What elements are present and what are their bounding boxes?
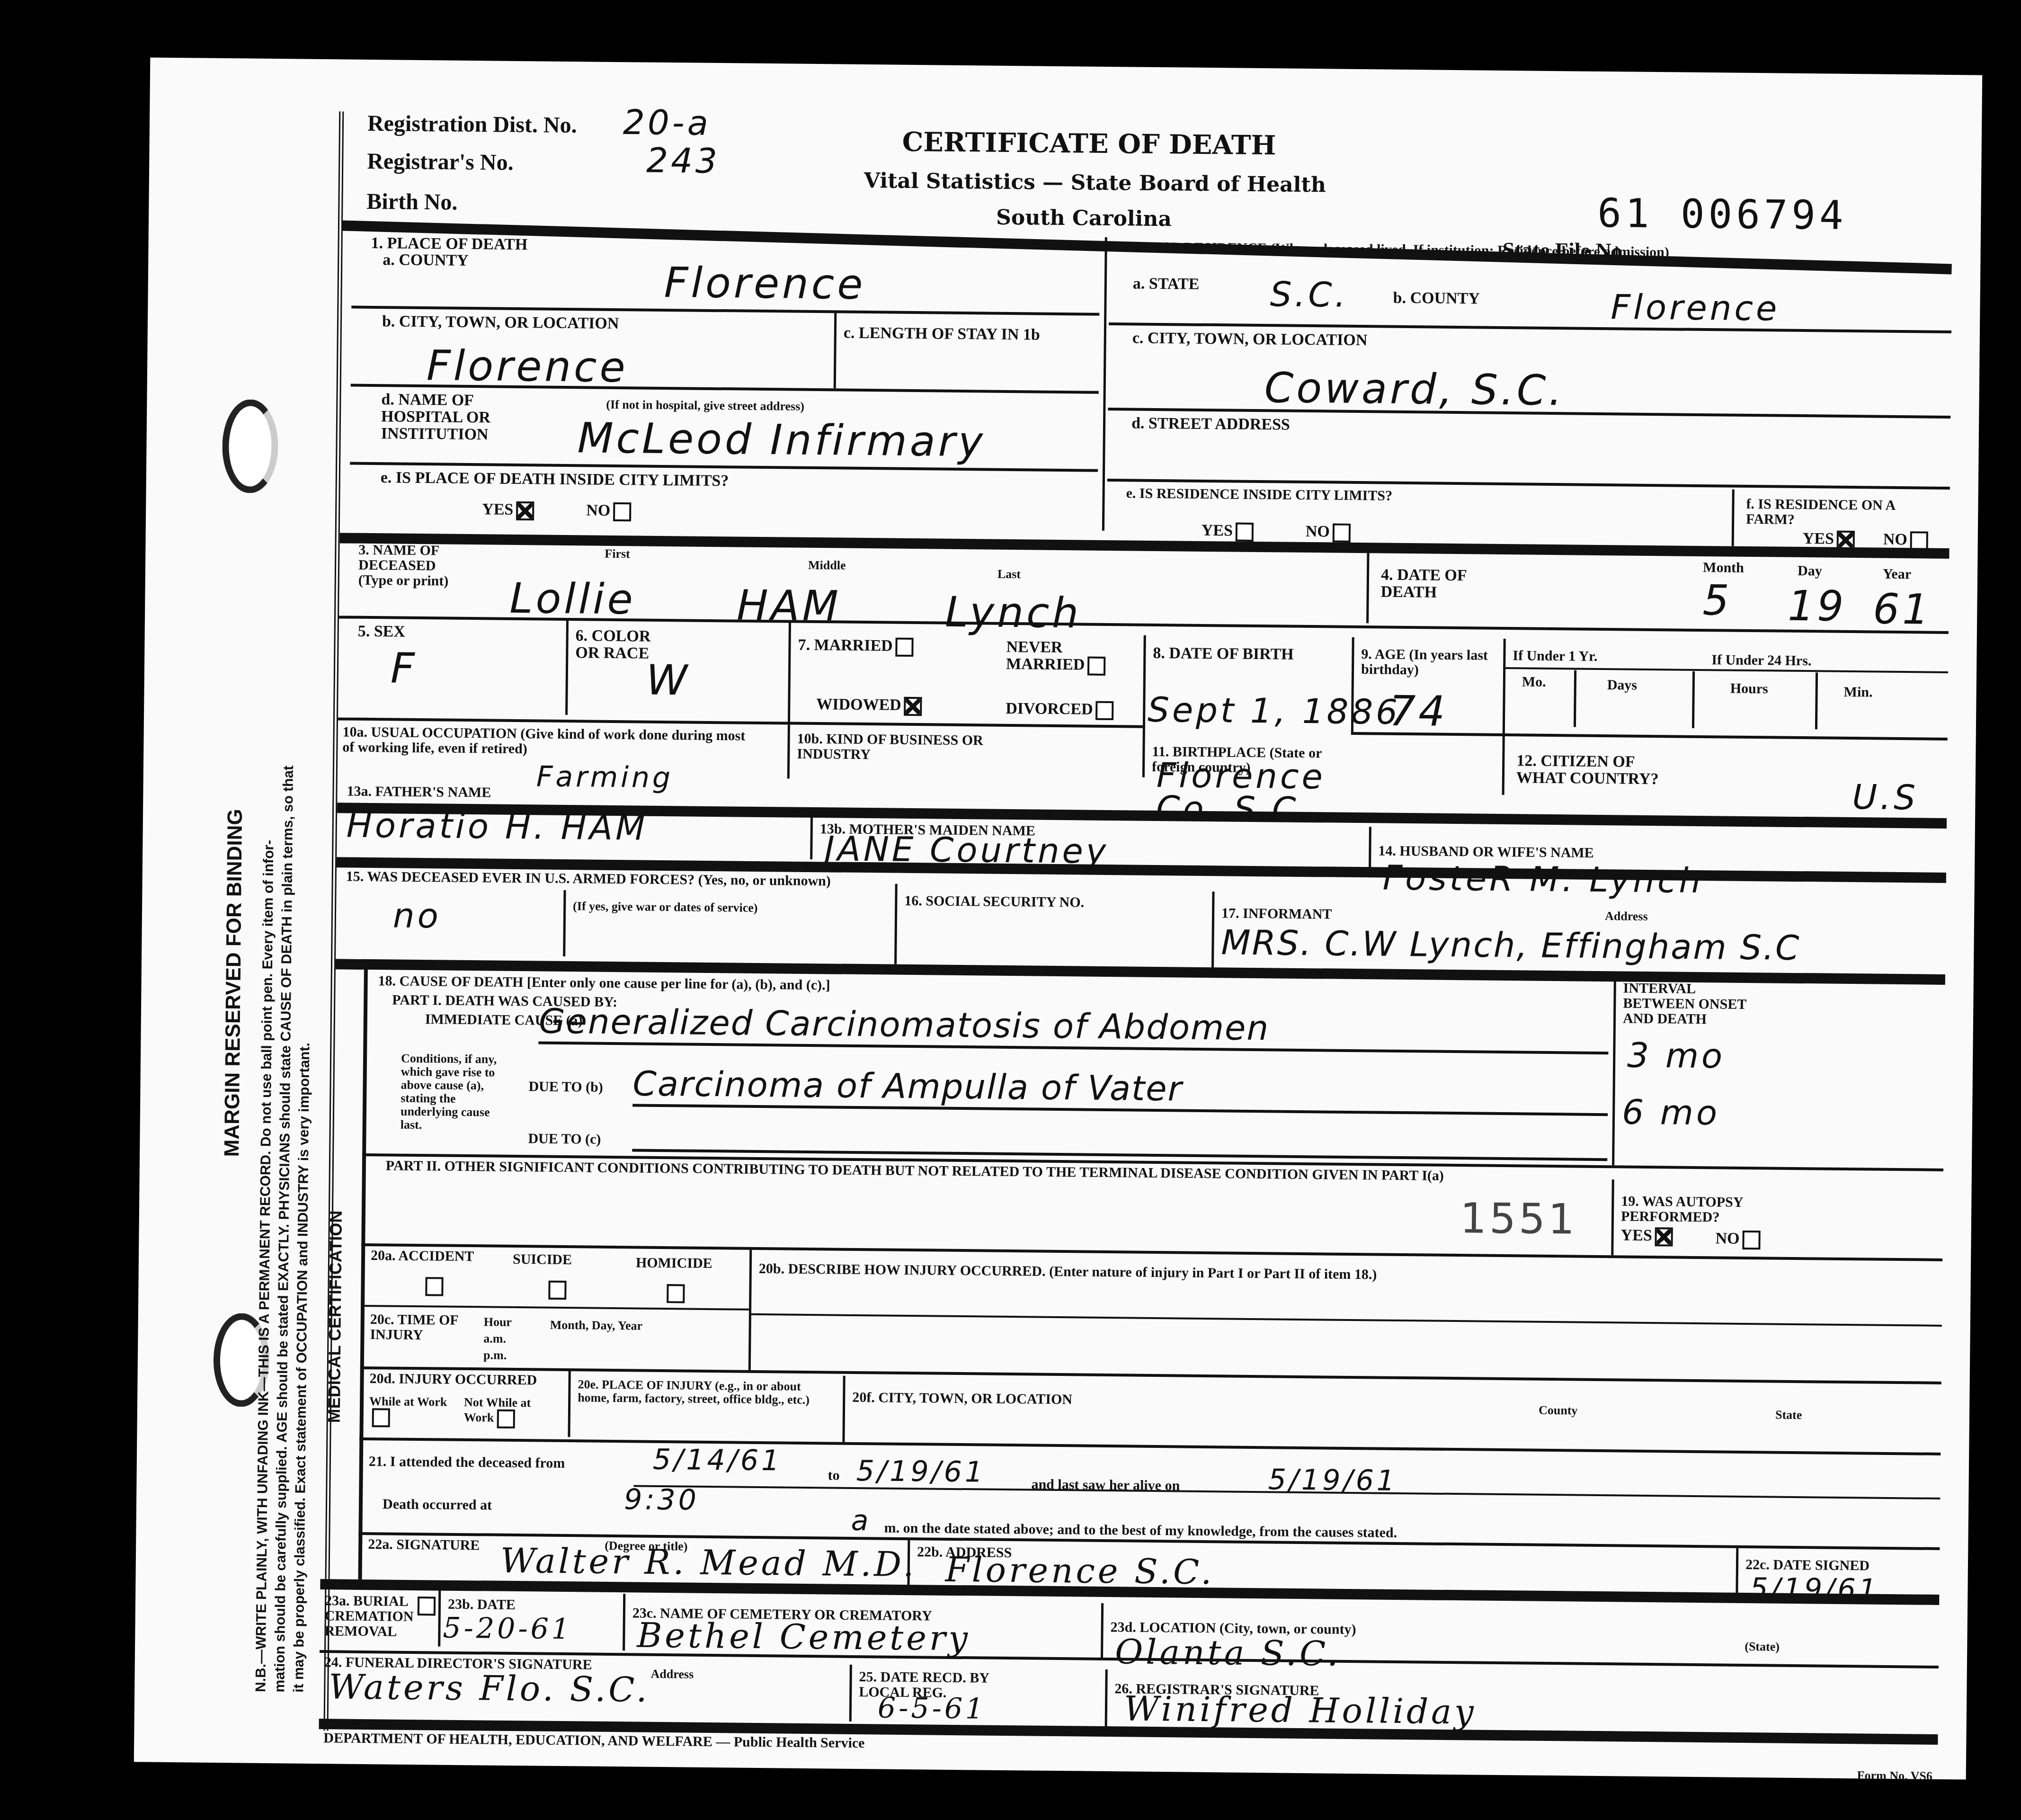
- divider: [1105, 1669, 1108, 1726]
- signature-label: 22a. SIGNATURE: [368, 1537, 480, 1553]
- no-checkbox[interactable]: [1333, 524, 1351, 543]
- binding-margin-label: MARGIN RESERVED FOR BINDING: [220, 809, 247, 1157]
- divider: [359, 1437, 1941, 1455]
- footer-department: DEPARTMENT OF HEALTH, EDUCATION, AND WEL…: [323, 1731, 864, 1751]
- res-inside-yes[interactable]: YES: [1202, 522, 1254, 542]
- divider: [1611, 1179, 1614, 1255]
- autopsy-yes[interactable]: YES: [1620, 1227, 1673, 1246]
- conditions-note: Conditions, if any, which gave rise to a…: [401, 1052, 510, 1133]
- deceased-name-label: 3. NAME OF DECEASED (Type or print): [358, 543, 463, 589]
- res-city-value: Coward, S.C.: [1264, 366, 1565, 412]
- pm-label: p.m.: [483, 1348, 507, 1362]
- dob-label: 8. DATE OF BIRTH: [1153, 645, 1294, 663]
- not-while-at-work-checkbox[interactable]: [497, 1410, 515, 1428]
- ssn-label: 16. SOCIAL SECURITY NO.: [904, 893, 1084, 910]
- divider: [361, 1305, 749, 1311]
- place-of-death-label: 1. PLACE OF DEATH: [371, 235, 527, 253]
- marital-widowed[interactable]: WIDOWED: [816, 696, 922, 716]
- city-label: b. CITY, TOWN, OR LOCATION: [382, 313, 619, 332]
- armed-forces-value: no: [393, 898, 441, 934]
- divider: [849, 1665, 852, 1722]
- divider: [1815, 672, 1818, 729]
- hour-label: Hour: [484, 1315, 512, 1329]
- accident-label: 20a. ACCIDENT: [371, 1248, 474, 1264]
- not-while-at-work[interactable]: Not While at Work: [464, 1396, 559, 1429]
- divorced-checkbox[interactable]: [1095, 701, 1113, 720]
- day-label: Day: [1798, 563, 1822, 579]
- injury-county-label: County: [1539, 1404, 1578, 1418]
- no-label: NO: [1306, 523, 1330, 540]
- suicide-label: SUICIDE: [513, 1252, 572, 1267]
- minutes-label: Min.: [1844, 685, 1873, 700]
- yes-checkbox-checked[interactable]: [516, 501, 534, 520]
- hospital-value: McLeod Infirmary: [577, 417, 986, 463]
- under-1yr-label: If Under 1 Yr.: [1513, 648, 1597, 664]
- divider: [787, 623, 791, 779]
- due-to-b-value: Carcinoma of Ampulla of Vater: [632, 1066, 1183, 1106]
- divider: [623, 1594, 625, 1650]
- divider: [1351, 732, 1948, 740]
- father-label: 13a. FATHER'S NAME: [347, 784, 491, 801]
- length-of-stay-label: c. LENGTH OF STAY IN 1b: [844, 325, 1042, 344]
- age-label: 9. AGE (In years last birthday): [1361, 647, 1489, 678]
- citizen-value: U.S: [1852, 779, 1918, 815]
- date-signed-label: 22c. DATE SIGNED: [1745, 1557, 1870, 1574]
- no-checkbox[interactable]: [613, 502, 631, 521]
- middle-name-label: Middle: [808, 559, 846, 572]
- no-checkbox[interactable]: [1742, 1231, 1760, 1249]
- suicide-checkbox[interactable]: [548, 1281, 566, 1300]
- death-occurred-label: Death occurred at: [383, 1497, 492, 1513]
- burial-date-label: 23b. DATE: [448, 1597, 516, 1613]
- divider: [1142, 635, 1146, 777]
- funeral-address-label: Address: [651, 1668, 694, 1681]
- business-label: 10b. KIND OF BUSINESS OR INDUSTRY: [797, 732, 996, 764]
- marital-married[interactable]: 7. MARRIED: [798, 637, 914, 657]
- form-number: Form No. VS6: [1857, 1769, 1932, 1783]
- death-month-value: 5: [1702, 579, 1732, 622]
- describe-injury-label: 20b. DESCRIBE HOW INJURY OCCURRED. (Ente…: [759, 1261, 1377, 1283]
- punch-hole-top: [222, 399, 279, 493]
- marital-divorced[interactable]: DIVORCED: [1006, 700, 1114, 720]
- county-label: a. COUNTY: [383, 251, 469, 269]
- yes-label: YES: [1202, 522, 1233, 540]
- occupation-value: Farming: [536, 762, 674, 793]
- while-at-work-label: While at Work: [369, 1394, 447, 1409]
- section-divider: [340, 533, 1950, 559]
- married-label: 7. MARRIED: [798, 636, 893, 655]
- binding-margin: MARGIN RESERVED FOR BINDING N.B.—WRITE P…: [134, 58, 340, 1764]
- occupation-label: 10a. USUAL OCCUPATION (Give kind of work…: [342, 724, 759, 758]
- autopsy-no[interactable]: NO: [1715, 1230, 1760, 1249]
- yes-label: YES: [482, 500, 513, 518]
- month-day-year-label: Month, Day, Year: [550, 1319, 643, 1333]
- divider: [1736, 1548, 1738, 1600]
- registration-dist-label: Registration Dist. No.: [367, 112, 577, 137]
- never-married-label: NEVER MARRIED: [1006, 638, 1085, 674]
- date-of-death-label: 4. DATE OF DEATH: [1380, 567, 1476, 602]
- autopsy-label: 19. WAS AUTOPSY PERFORMED?: [1621, 1194, 1773, 1225]
- sex-label: 5. SEX: [358, 623, 405, 641]
- burial-location-value: Olanta S.C.: [1115, 1634, 1341, 1671]
- inside-limits-no[interactable]: NO: [586, 502, 631, 521]
- immediate-interval-value: 3 mo: [1627, 1038, 1726, 1074]
- divider: [1366, 547, 1370, 623]
- divider: [834, 312, 837, 388]
- informant-label: 17. INFORMANT: [1221, 906, 1332, 922]
- registration-dist-value: 20-a: [623, 105, 711, 141]
- last-name-label: Last: [997, 568, 1021, 581]
- divider: [1503, 667, 1948, 673]
- divider: [748, 1249, 752, 1373]
- burial-state-label: (State): [1745, 1640, 1780, 1654]
- inside-city-limits-label: e. IS PLACE OF DEATH INSIDE CITY LIMITS?: [381, 469, 729, 490]
- divider: [1732, 490, 1735, 546]
- yes-checkbox[interactable]: [1236, 523, 1254, 542]
- physician-address-value: Florence S.C.: [945, 1552, 1214, 1589]
- res-inside-limits-label: e. IS RESIDENCE INSIDE CITY LIMITS?: [1126, 486, 1410, 504]
- no-label: NO: [586, 501, 610, 519]
- first-name-value: Lollie: [509, 577, 636, 621]
- due-to-b-interval-value: 6 mo: [1622, 1094, 1720, 1130]
- divider: [842, 1376, 845, 1442]
- months-label: Mo.: [1522, 674, 1546, 689]
- registrar-no-label: Registrar's No.: [367, 150, 514, 175]
- certificate-title: CERTIFICATE OF DEATH: [902, 126, 1276, 161]
- yes-label: YES: [1803, 530, 1834, 548]
- place-of-injury-label: 20e. PLACE OF INJURY (e.g., in or about …: [578, 1378, 834, 1407]
- divider: [361, 1243, 1942, 1261]
- year-label: Year: [1883, 567, 1911, 582]
- father-value: Horatio H. HAM: [346, 808, 648, 846]
- death-certificate-page: MARGIN RESERVED FOR BINDING N.B.—WRITE P…: [134, 58, 1982, 1780]
- am-label: a.m.: [483, 1332, 506, 1345]
- divider: [358, 964, 368, 1579]
- divider: [894, 884, 898, 964]
- hours-label: Hours: [1730, 681, 1768, 697]
- physician-signature: Walter R. Mead M.D.: [500, 1543, 917, 1582]
- part2-code-value: 1551: [1460, 1197, 1578, 1240]
- res-inside-no[interactable]: NO: [1306, 523, 1351, 543]
- divider: [810, 812, 813, 859]
- month-label: Month: [1703, 560, 1744, 576]
- divider: [907, 1540, 910, 1587]
- burial-date-value: 5-20-61: [443, 1614, 572, 1644]
- no-label: NO: [1715, 1230, 1739, 1247]
- marital-never-married[interactable]: NEVER MARRIED: [1006, 639, 1111, 676]
- cemetery-value: Bethel Cemetery: [637, 1618, 970, 1656]
- armed-forces-note: (If yes, give war or dates of service): [573, 900, 758, 915]
- divider: [1612, 976, 1616, 1165]
- while-at-work[interactable]: While at Work: [369, 1395, 450, 1428]
- married-checkbox[interactable]: [896, 638, 914, 657]
- injury-occurred-label: 20d. INJURY OCCURRED: [369, 1371, 537, 1388]
- attended-from-value: 5/14/61: [653, 1445, 783, 1476]
- while-at-work-checkbox[interactable]: [372, 1408, 390, 1427]
- first-name-label: First: [605, 547, 630, 561]
- death-year-value: 61: [1873, 588, 1932, 631]
- dob-value: Sept 1, 1886: [1148, 692, 1400, 730]
- divider: [565, 620, 569, 715]
- res-city-label: c. CITY, TOWN, OR LOCATION: [1132, 330, 1368, 349]
- state-name: South Carolina: [996, 205, 1172, 232]
- homicide-label: HOMICIDE: [636, 1255, 712, 1271]
- divider: [1211, 892, 1215, 972]
- state-file-number: 61 006794: [1597, 190, 1847, 239]
- divorced-label: DIVORCED: [1006, 700, 1093, 718]
- attended-from-label: 21. I attended the deceased from: [369, 1454, 565, 1471]
- last-name-value: Lynch: [945, 591, 1082, 635]
- divider: [438, 1590, 441, 1647]
- due-to-b-label: DUE TO (b): [528, 1079, 603, 1095]
- certificate-form: Registration Dist. No. 20-a Registrar's …: [323, 111, 1963, 1746]
- part2-label: PART II. OTHER SIGNIFICANT CONDITIONS CO…: [386, 1158, 1598, 1185]
- registrar-no-value: 243: [646, 143, 720, 178]
- res-state-value: S.C.: [1270, 277, 1348, 312]
- age-value: 74: [1389, 690, 1448, 733]
- attended-to-label: to: [828, 1468, 840, 1483]
- injury-city-label: 20f. CITY, TOWN, OR LOCATION: [852, 1390, 1072, 1407]
- injury-state-label: State: [1775, 1409, 1802, 1422]
- informant-value: MRS. C.W Lynch, Effingham S.C: [1221, 925, 1800, 965]
- death-city-value: Florence: [427, 344, 628, 389]
- hospital-note: (If not in hospital, give street address…: [606, 398, 804, 413]
- res-county-value: Florence: [1611, 289, 1780, 326]
- sex-value: F: [391, 647, 418, 690]
- yes-checkbox-checked[interactable]: [1655, 1227, 1673, 1246]
- immediate-cause-value: Generalized Carcinomatosis of Abdomen: [539, 1003, 1270, 1045]
- death-day-value: 19: [1788, 585, 1847, 628]
- attended-to-value: 5/19/61: [856, 1456, 986, 1487]
- farm-label: f. IS RESIDENCE ON A FARM?: [1746, 497, 1936, 529]
- divider: [1574, 670, 1576, 727]
- divider: [563, 890, 566, 956]
- homicide-checkbox[interactable]: [667, 1284, 685, 1303]
- divider: [749, 1313, 1942, 1327]
- death-county-value: Florence: [664, 261, 865, 306]
- divider: [1102, 237, 1107, 531]
- funeral-director-value: Waters Flo. S.C.: [329, 1669, 650, 1707]
- race-value: W: [646, 659, 690, 702]
- armed-forces-label: 15. WAS DECEASED EVER IN U.S. ARMED FORC…: [346, 869, 867, 890]
- death-time-value: 9:30: [624, 1485, 699, 1515]
- widowed-label: WIDOWED: [816, 696, 901, 714]
- burial-checkbox[interactable]: [418, 1597, 436, 1615]
- res-street-label: d. STREET ADDRESS: [1131, 415, 1290, 433]
- birth-no-label: Birth No.: [366, 190, 457, 214]
- hospital-label: d. NAME OF HOSPITAL OR INSTITUTION: [381, 391, 533, 444]
- citizen-label: 12. CITIZEN OF WHAT COUNTRY?: [1516, 752, 1687, 788]
- yes-label: YES: [1620, 1226, 1652, 1244]
- accident-checkbox[interactable]: [425, 1277, 443, 1296]
- divider: [1101, 1603, 1104, 1660]
- certificate-subtitle: Vital Statistics — State Board of Health: [864, 169, 1326, 197]
- divider: [1692, 671, 1695, 728]
- res-county-label: b. COUNTY: [1393, 290, 1480, 308]
- under-24hr-label: If Under 24 Hrs.: [1711, 652, 1811, 669]
- never-married-checkbox[interactable]: [1087, 657, 1105, 676]
- res-state-label: a. STATE: [1133, 275, 1200, 293]
- no-label: NO: [1883, 531, 1907, 548]
- due-to-c-label: DUE TO (c): [528, 1131, 601, 1147]
- widowed-checkbox-checked[interactable]: [904, 697, 922, 716]
- date-received-value: 6-5-61: [878, 1693, 987, 1723]
- registrar-signature-value: Winifred Holliday: [1124, 1691, 1477, 1729]
- inside-limits-yes[interactable]: YES: [482, 501, 534, 520]
- divider: [1502, 639, 1506, 795]
- time-of-injury-label: 20c. TIME OF INJURY: [370, 1312, 465, 1343]
- cause-of-death-label: 18. CAUSE OF DEATH [Enter only one cause…: [378, 973, 830, 993]
- days-label: Days: [1607, 678, 1638, 693]
- divider: [568, 1371, 570, 1437]
- interval-label: INTERVAL BETWEEN ONSET AND DEATH: [1623, 981, 1765, 1027]
- informant-address-label: Address: [1605, 910, 1648, 923]
- instructions-line-3: it may be properly classified. Exact sta…: [291, 1043, 313, 1693]
- death-ampm-value: a: [851, 1506, 871, 1535]
